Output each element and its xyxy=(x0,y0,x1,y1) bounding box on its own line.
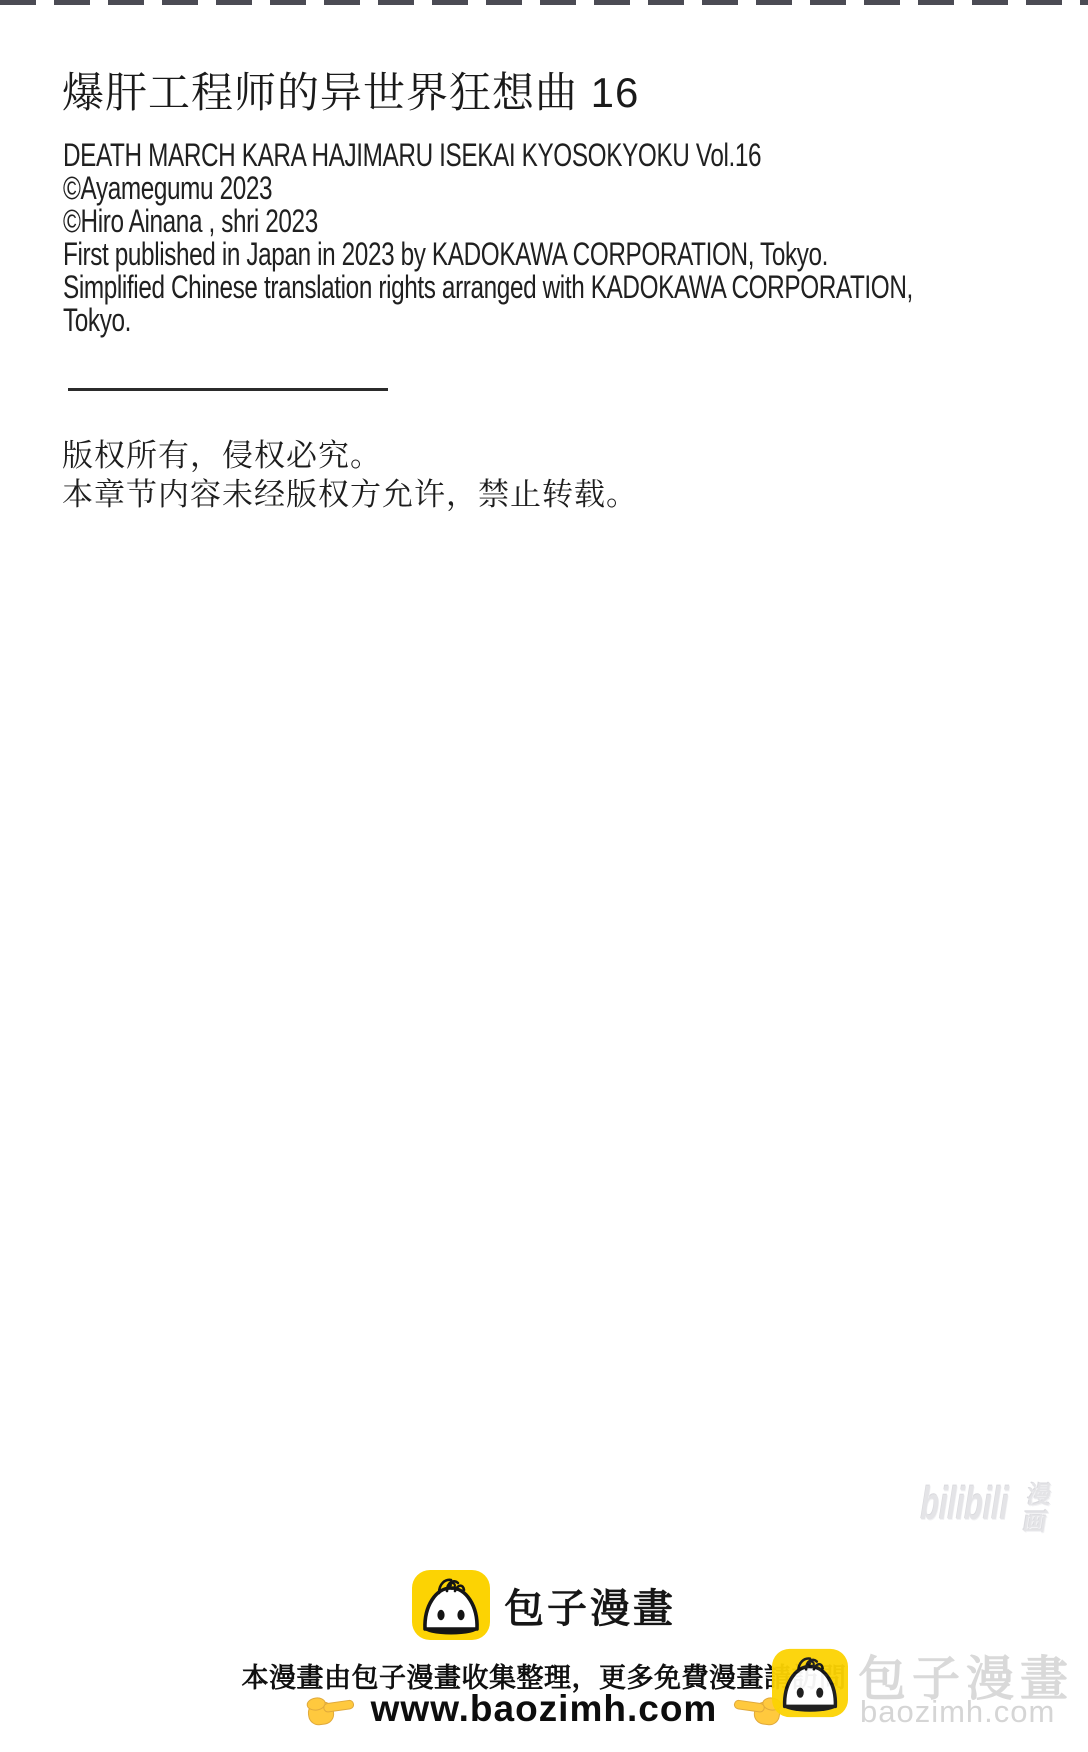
pointing-right-hand-icon xyxy=(307,1691,355,1727)
copyright-line: Tokyo. xyxy=(63,304,913,337)
baozi-bun-logo-icon xyxy=(412,1570,490,1640)
baozimh-brand-name: 包子漫畫 xyxy=(504,1577,676,1634)
copyright-line: First published in Japan in 2023 by KADO… xyxy=(63,238,913,271)
copyright-line: ©Ayamegumu 2023 xyxy=(63,172,913,205)
rights-notice-block: 版权所有，侵权必究。 本章节内容未经版权方允许，禁止转载。 xyxy=(62,436,638,514)
rights-notice-line: 版权所有，侵权必究。 xyxy=(62,436,638,475)
baozi-bun-logo-icon xyxy=(772,1643,848,1723)
section-divider-line xyxy=(68,388,388,391)
copyright-block: DEATH MARCH KARA HAJIMARU ISEKAI KYOSOKY… xyxy=(63,139,1088,337)
cropped-text-remnant-strip xyxy=(0,0,1088,5)
website-url: www.baozimh.com xyxy=(371,1688,718,1730)
copyright-line: DEATH MARCH KARA HAJIMARU ISEKAI KYOSOKY… xyxy=(63,139,913,172)
book-title: 爆肝工程师的异世界狂想曲 16 xyxy=(62,68,639,118)
bilibili-manga-watermark: bilibili 漫 画 xyxy=(916,1480,1054,1536)
bilibili-logo-text: bilibili xyxy=(918,1480,1013,1526)
bilibili-manhua-stack: 漫 画 xyxy=(1021,1480,1054,1536)
manga-copyright-page: 爆肝工程师的异世界狂想曲 16 DEATH MARCH KARA HAJIMAR… xyxy=(0,0,1088,1752)
corner-watermark-domain: baozimh.com xyxy=(860,1694,1055,1730)
bilibili-manhua-char: 漫 xyxy=(1025,1482,1053,1509)
copyright-line: ©Hiro Ainana , shri 2023 xyxy=(63,205,913,238)
copyright-line: Simplified Chinese translation rights ar… xyxy=(63,271,913,304)
baozimh-brand-row: 包子漫畫 xyxy=(412,1570,676,1640)
bilibili-manhua-char: 画 xyxy=(1021,1509,1049,1536)
rights-notice-line: 本章节内容未经版权方允许，禁止转载。 xyxy=(62,475,638,514)
